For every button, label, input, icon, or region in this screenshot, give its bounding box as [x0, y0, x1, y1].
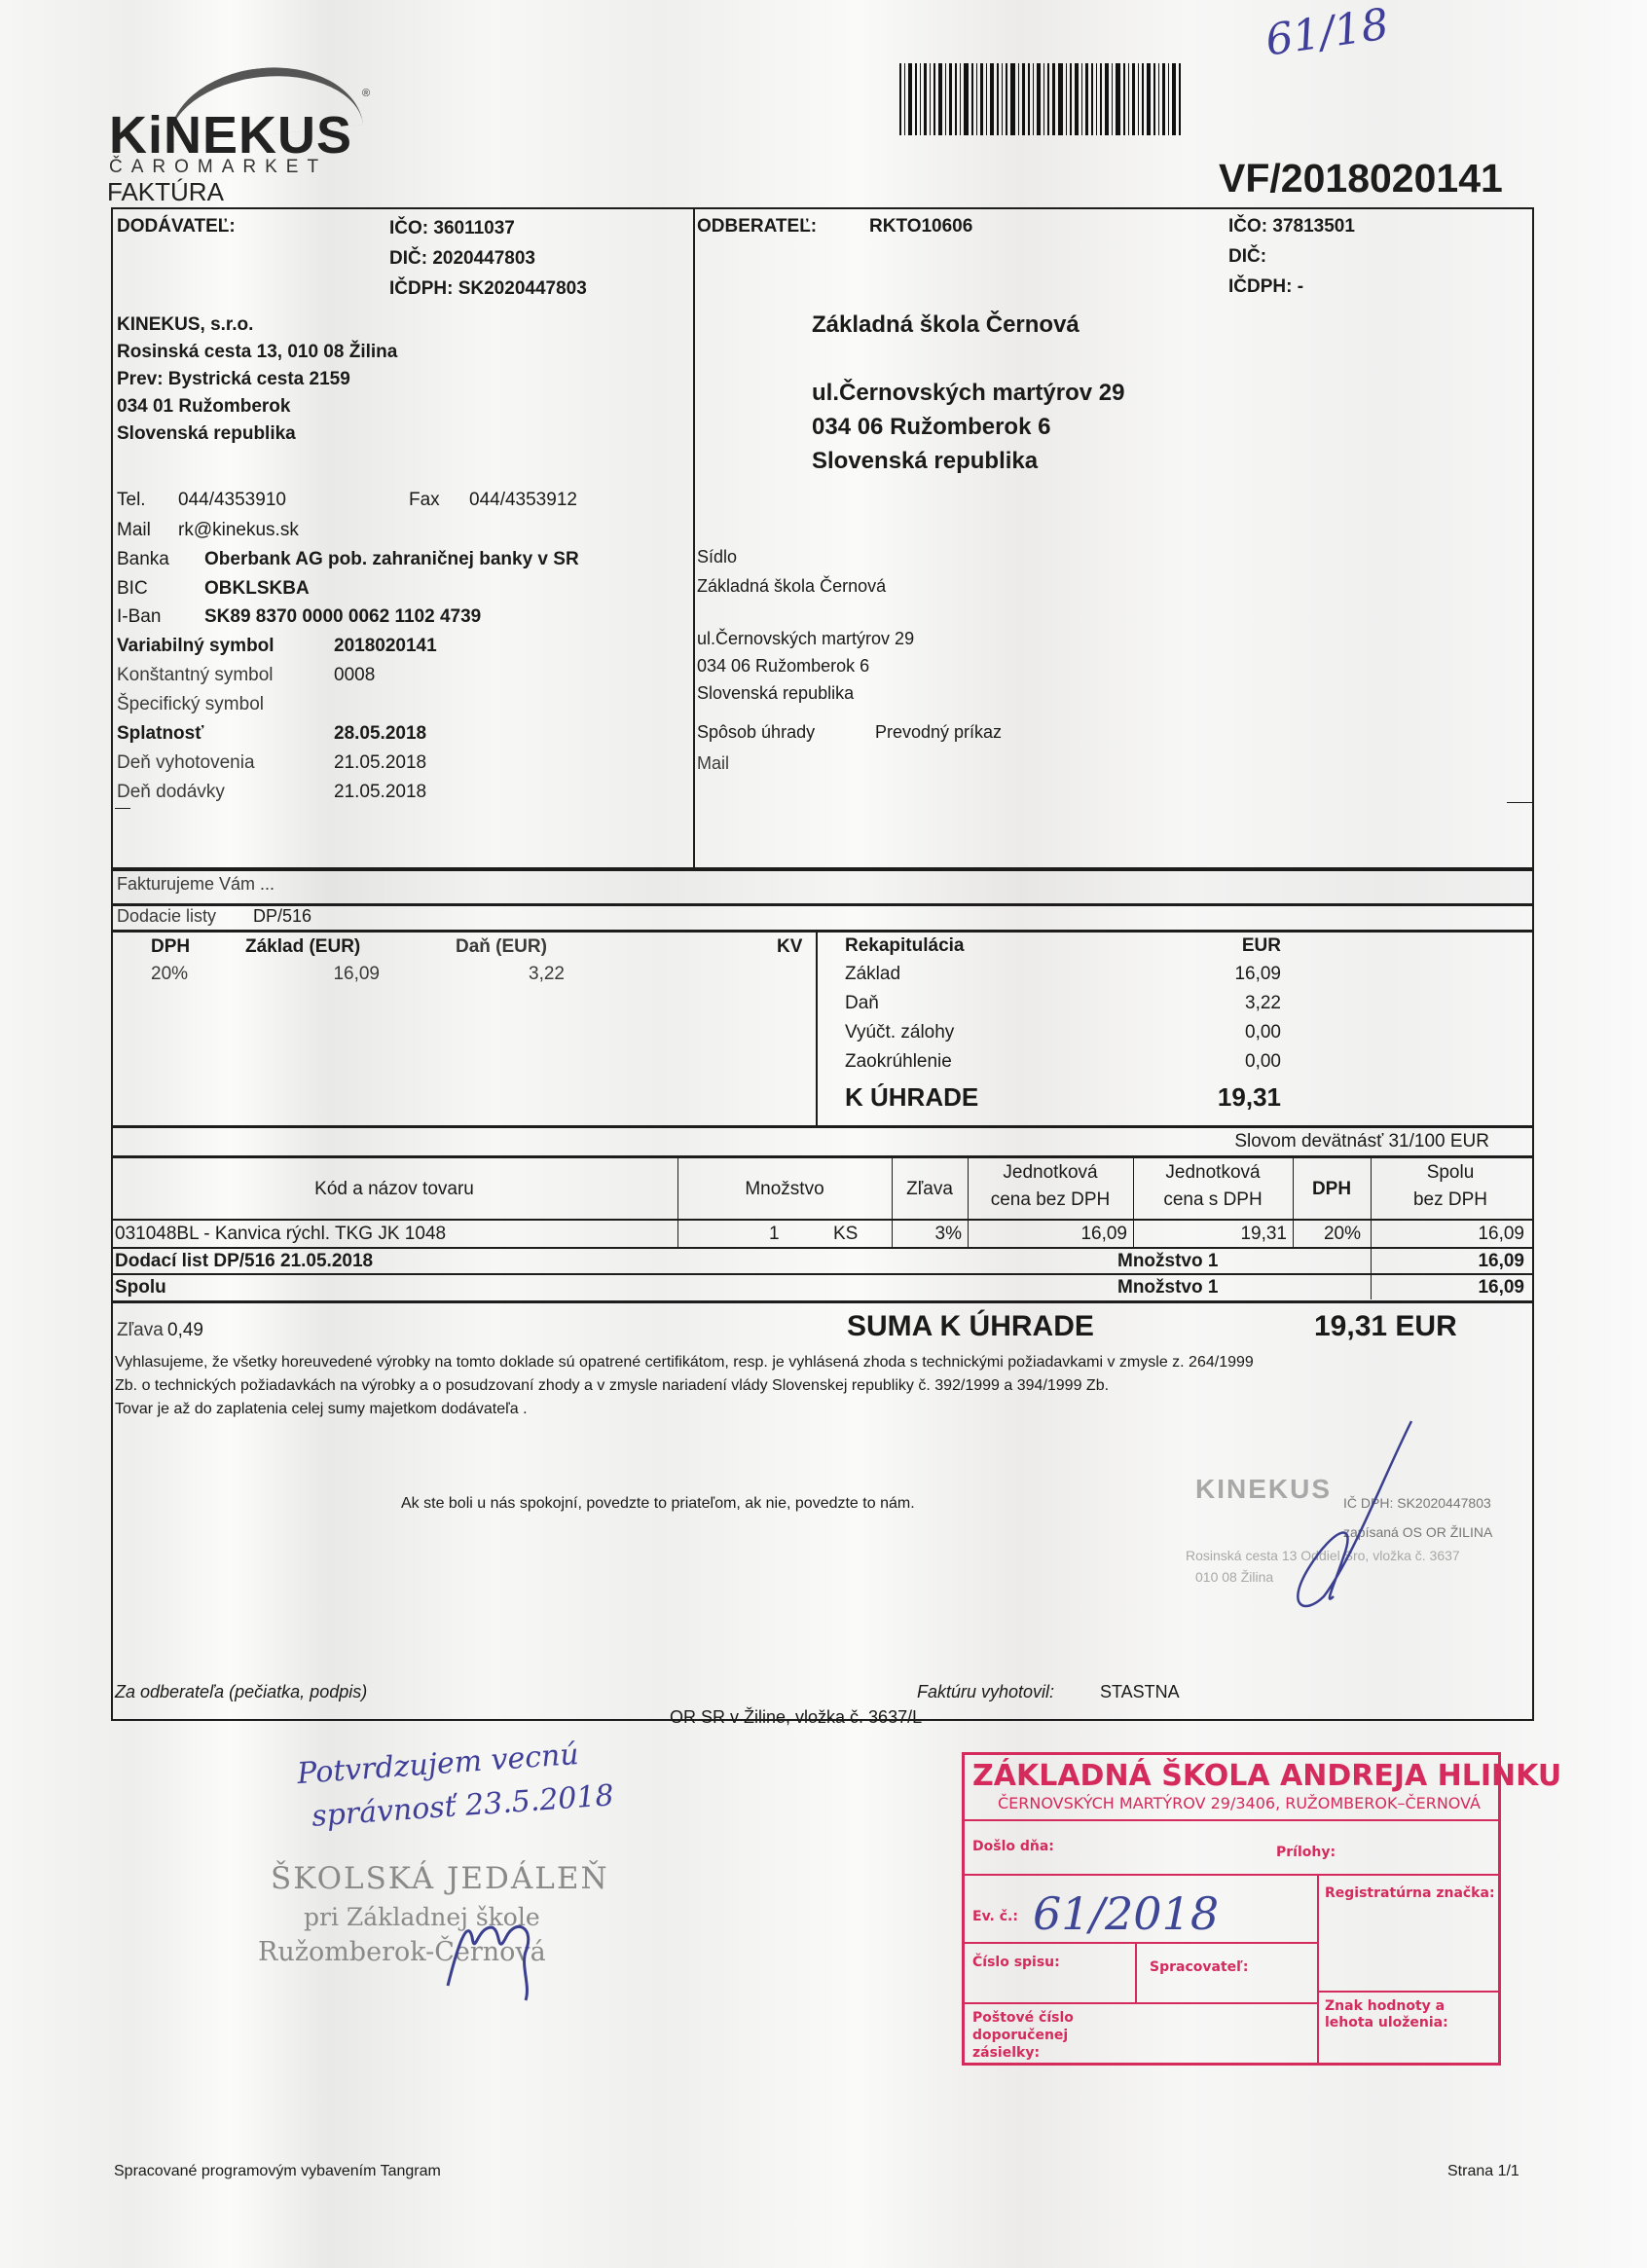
- vat-header-tax: Daň (EUR): [456, 936, 547, 958]
- supplier-address: 034 01 Ružomberok: [117, 396, 290, 418]
- slogan: Ak ste boli u nás spokojní, povedzte to …: [401, 1495, 915, 1513]
- declaration-text: Zb. o technických požiadavkách na výrobk…: [115, 1377, 1109, 1395]
- recap-title: Rekapitulácia: [845, 935, 965, 957]
- col-header-unit-gross: Jednotková: [1133, 1162, 1293, 1184]
- divider: [1507, 802, 1532, 803]
- handwritten-reference: 61/18: [1263, 0, 1392, 66]
- customer-name: Základná škola Černová: [812, 311, 1080, 339]
- processor-label: Spracovateľ:: [1150, 1959, 1248, 1975]
- recap-value: 0,00: [1168, 1051, 1281, 1073]
- sum-due: 19,31 EUR: [1314, 1310, 1457, 1343]
- vat-base: 16,09: [243, 964, 380, 985]
- ev-number: 61/2018: [1033, 1887, 1219, 1940]
- issue-date: 21.05.2018: [334, 752, 426, 774]
- registered-mark: ®: [362, 88, 370, 99]
- supplier-name: KINEKUS, s.r.o.: [117, 314, 253, 336]
- constant-symbol: 0008: [334, 665, 375, 686]
- item-qty: 1: [769, 1224, 780, 1245]
- col-header-total: bez DPH: [1371, 1189, 1530, 1211]
- seat-address: ul.Černovských martýrov 29: [697, 629, 914, 649]
- customer-dic: DIČ:: [1228, 246, 1266, 268]
- recap-total-label: K ÚHRADE: [845, 1082, 978, 1113]
- supplier-stamp-text: 010 08 Žilina: [1195, 1569, 1273, 1585]
- delivery-note-qty: Množstvo 1: [1117, 1251, 1218, 1272]
- barcode-icon: [899, 63, 1355, 135]
- tel-label: Tel.: [117, 490, 146, 511]
- document-type: FAKTÚRA: [107, 177, 224, 207]
- delivery-date: 21.05.2018: [334, 782, 426, 803]
- issued-by: STASTNA: [1100, 1682, 1180, 1702]
- item-total: 16,09: [1371, 1224, 1524, 1245]
- item-unit-gross: 19,31: [1133, 1224, 1287, 1245]
- delivery-notes-row: [111, 903, 1534, 933]
- delivery-notes-value: DP/516: [253, 906, 311, 927]
- invoice-page: ® KiNEKUS ČAROMARKET FAKTÚRA 61/18 VF/20…: [0, 0, 1647, 2268]
- divider: [816, 930, 818, 1126]
- sum-due-label: SUMA K ÚHRADE: [847, 1310, 1094, 1343]
- signature-icon: [428, 1898, 565, 2005]
- item-unit-net: 16,09: [968, 1224, 1127, 1245]
- vat-recap-box: [111, 930, 1534, 1128]
- payment-label: Spôsob úhrady: [697, 722, 815, 743]
- value-sign-label: Znak hodnoty a lehota uloženia:: [1325, 1998, 1490, 2031]
- recap-currency: EUR: [1168, 935, 1281, 957]
- customer-country: Slovenská republika: [812, 448, 1038, 475]
- col-header-unit-net: Jednotková: [968, 1162, 1133, 1184]
- divider: [693, 207, 695, 869]
- supplier-tel: 044/4353910: [178, 490, 286, 511]
- variable-symbol: 2018020141: [334, 636, 437, 657]
- page-number: Strana 1/1: [1447, 2163, 1519, 2180]
- customer-ico: IČO: 37813501: [1228, 216, 1355, 238]
- col-header-total: Spolu: [1371, 1162, 1530, 1184]
- register-info: OR SR v Žiline, vložka č. 3637/L: [670, 1707, 922, 1728]
- iban-label: I-Ban: [117, 606, 161, 628]
- customer-code: RKTO10606: [869, 216, 972, 238]
- divider: [115, 808, 130, 809]
- amount-in-words: Slovom devätnásť 31/100 EUR: [973, 1131, 1489, 1152]
- recap-label: Vyúčt. zálohy: [845, 1022, 954, 1043]
- postal-label: Poštové číslo: [972, 2010, 1074, 2026]
- vat-rate: 20%: [151, 964, 188, 985]
- supplier-bank: Oberbank AG pob. zahraničnej banky v SR: [204, 549, 579, 570]
- recap-label: Daň: [845, 993, 879, 1014]
- divider: [111, 1273, 1532, 1275]
- divider: [111, 1219, 1532, 1221]
- delivery-note-label: Dodací list DP/516 21.05.2018: [115, 1251, 373, 1272]
- parties-box: [111, 207, 1534, 871]
- supplier-fax: 044/4353912: [469, 490, 577, 511]
- vat-header-kv: KV: [777, 936, 802, 958]
- payment-method: Prevodný príkaz: [875, 722, 1002, 743]
- sum-qty: Množstvo 1: [1117, 1277, 1218, 1299]
- vat-header-rate: DPH: [151, 936, 190, 958]
- recap-label: Zaokrúhlenie: [845, 1051, 952, 1073]
- invoice-number: VF/2018020141: [1219, 156, 1503, 201]
- ss-label: Špecifický symbol: [117, 694, 264, 715]
- col-header-unit-gross: cena s DPH: [1133, 1189, 1293, 1211]
- fax-label: Fax: [409, 490, 440, 511]
- supplier-country: Slovenská republika: [117, 423, 296, 445]
- supplier-mail[interactable]: rk@kinekus.sk: [178, 520, 299, 541]
- file-number-label: Číslo spisu:: [972, 1955, 1060, 1970]
- delivery-label: Deň dodávky: [117, 782, 225, 803]
- postal-label: zásielky:: [972, 2045, 1040, 2061]
- canteen-stamp: ŠKOLSKÁ JEDÁLEŇ: [271, 1861, 609, 1896]
- attachments-label: Prílohy:: [1276, 1845, 1336, 1860]
- registry-mark-label: Registratúrna značka:: [1325, 1885, 1495, 1901]
- seat-address: 034 06 Ružomberok 6: [697, 656, 869, 677]
- bic-label: BIC: [117, 578, 148, 600]
- supplier-icdph: IČDPH: SK2020447803: [389, 278, 587, 300]
- issued-label: Deň vyhotovenia: [117, 752, 255, 774]
- vat-tax: 3,22: [428, 964, 565, 985]
- intro-text: Fakturujeme Vám ...: [117, 874, 274, 895]
- seat-label: Sídlo: [697, 547, 737, 567]
- delivery-notes-label: Dodacie listy: [117, 906, 216, 927]
- registry-stamp-subtitle: ČERNOVSKÝCH MARTÝROV 29/3406, RUŽOMBEROK…: [998, 1794, 1481, 1812]
- signature-icon: [1265, 1411, 1441, 1626]
- supplier-iban: SK89 8370 0000 0062 1102 4739: [204, 606, 481, 628]
- recap-value: 0,00: [1168, 1022, 1281, 1043]
- seat-name: Základná škola Černová: [697, 576, 886, 597]
- intro-row: [111, 867, 1534, 906]
- col-header-qty: Množstvo: [677, 1179, 892, 1200]
- col-header-discount: Zľava: [892, 1179, 968, 1200]
- due-date: 28.05.2018: [334, 723, 426, 745]
- postal-label: doporučenej: [972, 2028, 1068, 2043]
- sum-label: Spolu: [115, 1277, 166, 1299]
- discount-label: Zľava: [117, 1320, 164, 1341]
- supplier-ico: IČO: 36011037: [389, 218, 515, 239]
- item-name: 031048BL - Kanvica rýchl. TKG JK 1048: [115, 1224, 446, 1245]
- registry-stamp-title: ZÁKLADNÁ ŠKOLA ANDREJA HLINKU: [972, 1759, 1561, 1793]
- col-header-vat: DPH: [1293, 1179, 1371, 1200]
- sum-total: 16,09: [1371, 1277, 1524, 1299]
- customer-address: 034 06 Ružomberok 6: [812, 414, 1050, 441]
- customer-icdph: IČDPH: -: [1228, 276, 1303, 298]
- mail-label: Mail: [117, 520, 151, 541]
- supplier-address: Prev: Bystrická cesta 2159: [117, 369, 350, 390]
- customer-heading: ODBERATEĽ:: [697, 216, 817, 238]
- item-discount: 3%: [892, 1224, 962, 1245]
- supplier-dic: DIČ: 2020447803: [389, 248, 535, 270]
- supplier-address: Rosinská cesta 13, 010 08 Žilina: [117, 342, 397, 363]
- declaration-text: Tovar je až do zaplatenia celej sumy maj…: [115, 1401, 528, 1418]
- divider: [677, 1157, 678, 1247]
- logo-subtitle: ČAROMARKET: [109, 157, 327, 178]
- item-vat: 20%: [1293, 1224, 1361, 1245]
- due-label: Splatnosť: [117, 723, 203, 745]
- delivery-note-total: 16,09: [1371, 1251, 1524, 1272]
- supplier-bic: OBKLSKBA: [204, 578, 310, 600]
- recap-value: 3,22: [1168, 993, 1281, 1014]
- recap-value: 16,09: [1168, 964, 1281, 985]
- received-label: Došlo dňa:: [972, 1839, 1054, 1854]
- item-unit: KS: [833, 1224, 858, 1245]
- customer-address: ul.Černovských martýrov 29: [812, 380, 1124, 407]
- recap-total: 19,31: [1119, 1082, 1281, 1113]
- vat-header-base: Základ (EUR): [245, 936, 360, 958]
- seat-country: Slovenská republika: [697, 683, 854, 704]
- issued-by-label: Faktúru vyhotovil:: [917, 1682, 1054, 1702]
- declaration-text: Vyhlasujeme, že všetky horeuvedené výrob…: [115, 1354, 1254, 1372]
- vs-label: Variabilný symbol: [117, 636, 274, 657]
- ev-label: Ev. č.:: [972, 1909, 1018, 1924]
- ks-label: Konštantný symbol: [117, 665, 274, 686]
- divider: [111, 1247, 1532, 1249]
- customer-signature-label: Za odberateľa (pečiatka, podpis): [115, 1682, 367, 1702]
- supplier-heading: DODÁVATEĽ:: [117, 216, 236, 238]
- col-header-name: Kód a názov tovaru: [111, 1179, 677, 1200]
- bank-label: Banka: [117, 549, 169, 570]
- discount-total: 0,49: [167, 1320, 203, 1341]
- customer-mail-label: Mail: [697, 753, 729, 774]
- col-header-unit-net: cena bez DPH: [968, 1189, 1133, 1211]
- software-note: Spracované programovým vybavením Tangram: [114, 2163, 441, 2180]
- registry-stamp: ZÁKLADNÁ ŠKOLA ANDREJA HLINKU ČERNOVSKÝC…: [962, 1752, 1501, 2066]
- recap-label: Základ: [845, 964, 900, 985]
